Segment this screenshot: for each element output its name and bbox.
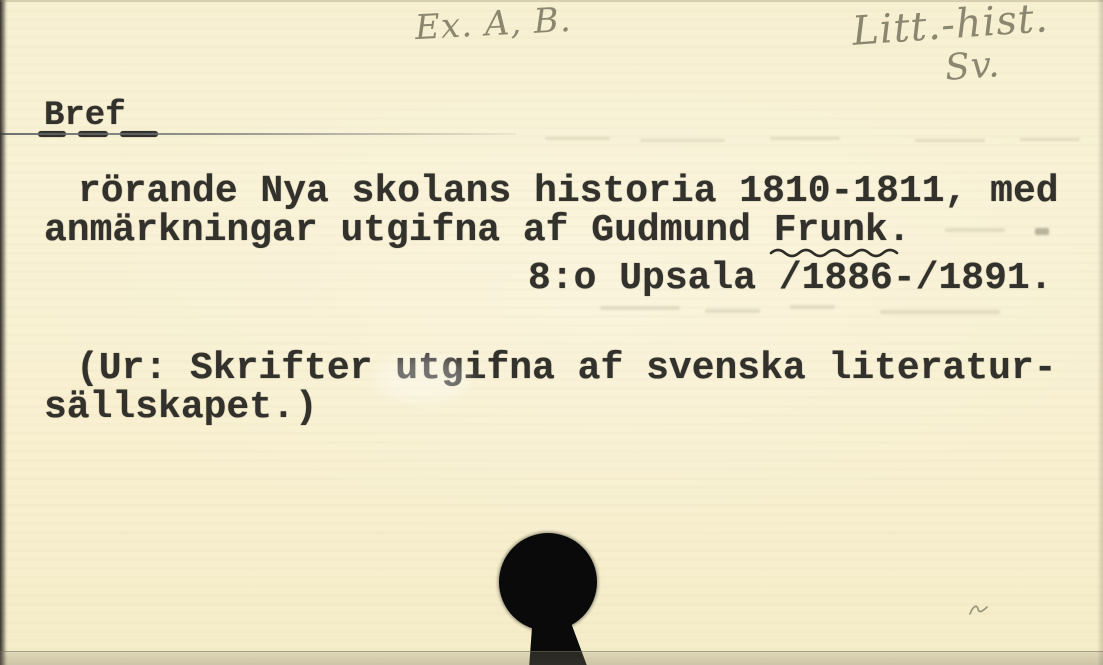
- scan-smudge: [790, 305, 835, 309]
- card-heading: Bref: [44, 96, 126, 136]
- scan-edge-right: [1097, 0, 1103, 665]
- scan-smudge: [1020, 138, 1080, 141]
- classification-annotation-line2: Sv.: [944, 44, 1002, 89]
- scan-smudge: [1035, 228, 1049, 235]
- catalog-card: Ex. A, B. Litt.-hist. Sv. Bref rörande N…: [0, 0, 1103, 665]
- scan-smudge: [640, 139, 725, 142]
- card-bottom-edge: [0, 651, 1103, 665]
- imprint-line: 8:o Upsala /1886-/1891.: [528, 259, 1053, 299]
- scan-smudge: [880, 310, 1000, 314]
- scan-edge-left: [0, 0, 8, 665]
- scan-smudge: [770, 137, 840, 140]
- heading-rule-line: [0, 133, 516, 135]
- exhibit-annotation: Ex. A, B.: [414, 0, 572, 48]
- scan-smudge: [545, 137, 610, 140]
- pencil-check-mark: [966, 600, 1000, 620]
- body-line-1: rörande Nya skolans historia 1810-1811, …: [78, 172, 1059, 212]
- scan-smudge: [705, 309, 760, 313]
- scan-smudge: [945, 228, 1005, 232]
- scan-smudge: [915, 139, 985, 142]
- body-line-2-prefix: anmärkningar utgifna af Gudmund: [44, 209, 774, 252]
- scan-light-patch: [375, 355, 470, 403]
- scan-smudge: [600, 306, 680, 310]
- series-note-line-2: sällskapet.): [44, 388, 318, 428]
- series-note-line-1: (Ur: Skrifter utgifna af svenska literat…: [76, 349, 1057, 389]
- scan-edge-top: [0, 0, 1103, 2]
- body-line-2: anmärkningar utgifna af Gudmund Frunk.: [44, 211, 911, 251]
